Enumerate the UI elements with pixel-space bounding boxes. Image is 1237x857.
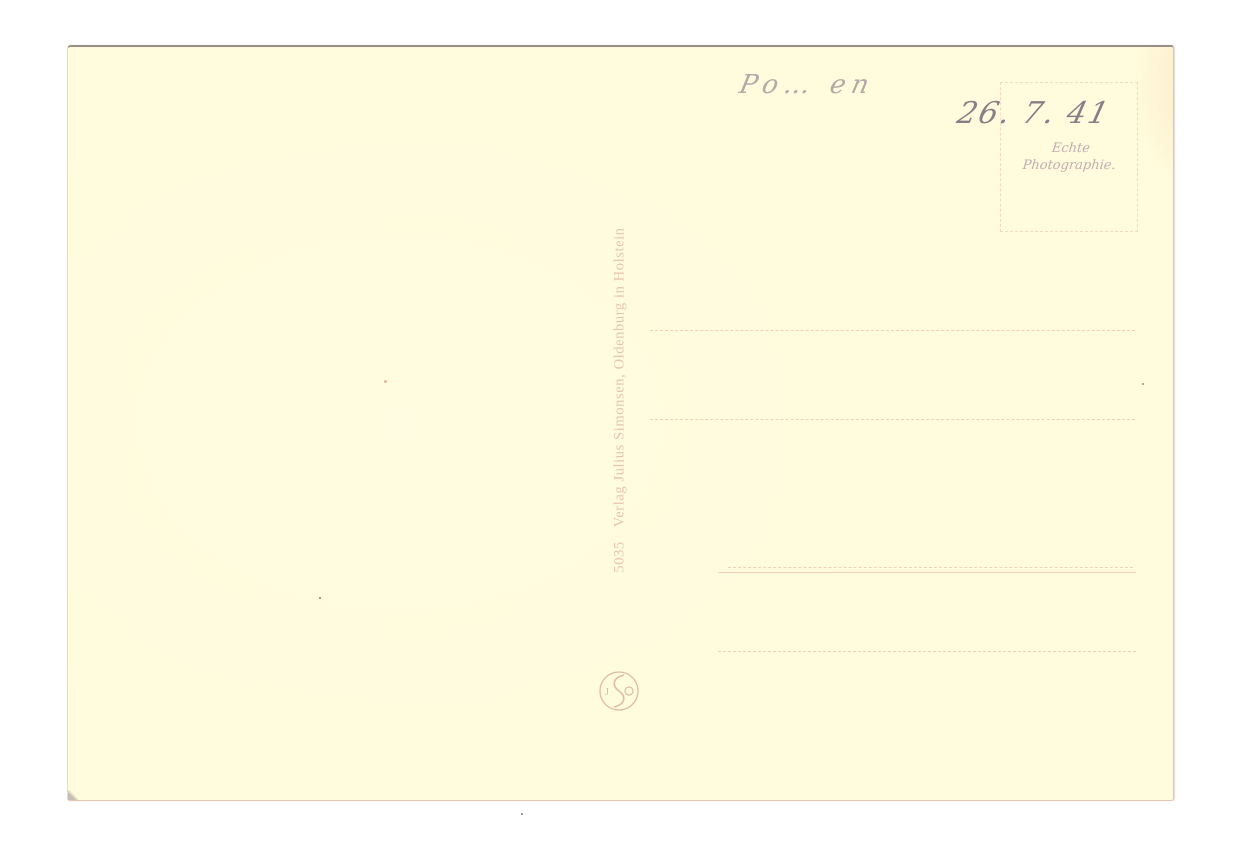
handwritten-name: Po… en (737, 70, 878, 100)
jso-logo-icon: J (598, 670, 640, 712)
paper-speck (319, 597, 321, 599)
address-line-4 (718, 651, 1136, 652)
svg-text:J: J (605, 687, 609, 698)
worn-corner (68, 790, 78, 800)
paper-speck (1142, 383, 1144, 385)
card-number: 5035 (612, 541, 628, 572)
note-line-2: Photographie. (1003, 157, 1135, 174)
handwritten-note: Echte Photographie. (1003, 140, 1137, 174)
paper-speck (521, 813, 523, 815)
note-line-1: Echte (1005, 140, 1137, 157)
address-line-2 (650, 419, 1135, 420)
handwritten-date: 26. 7. 41 (954, 96, 1114, 131)
paper-speck (384, 380, 387, 383)
publisher-text: Verlag Julius Simonsen, Oldenburg in Hol… (612, 227, 628, 527)
address-line-3 (718, 572, 1136, 573)
address-line-3-upper (728, 567, 1133, 568)
publisher-imprint: 5035 Verlag Julius Simonsen, Oldenburg i… (612, 227, 629, 572)
address-line-1 (650, 330, 1135, 331)
